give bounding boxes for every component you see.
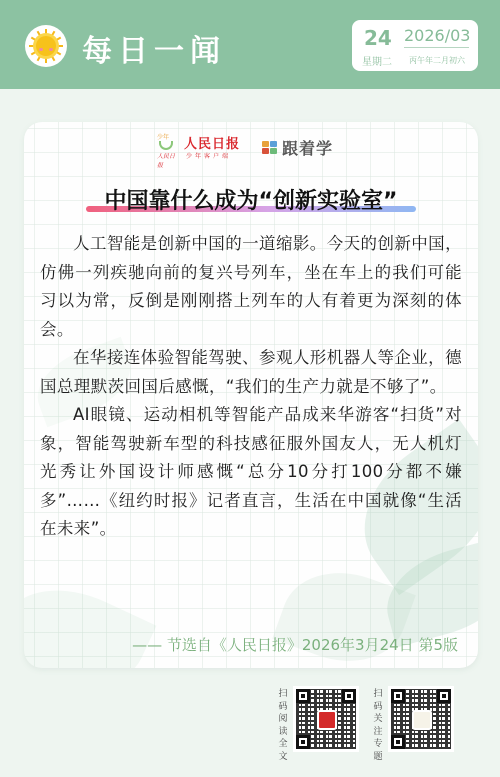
header-bar: 每日一闻 24 星期二 2026/03 丙午年二月初六: [0, 0, 500, 89]
article-title-block: 中国靠什么成为“创新实验室”: [86, 184, 416, 216]
date-weekday: 星期二: [362, 53, 392, 68]
qr-label: 扫码阅读全文: [277, 688, 289, 763]
article-body: 人工智能是创新中国的一道缩影。今天的创新中国，仿佛一列疾驰向前的复兴号列车，坐在…: [40, 230, 462, 544]
article-title: 中国靠什么成为“创新实验室”: [86, 184, 416, 215]
peoples-daily-brand-name: 人民日报: [184, 133, 240, 152]
genzhexue-logo-icon: [262, 141, 278, 155]
peoples-daily-logo-icon: [317, 710, 337, 730]
qr-code[interactable]: [388, 686, 454, 752]
article-paragraph: 人工智能是创新中国的一道缩影。今天的创新中国，仿佛一列疾驰向前的复兴号列车，坐在…: [40, 230, 462, 344]
date-day: 24: [364, 26, 392, 50]
date-badge: 24 星期二 2026/03 丙午年二月初六: [352, 20, 478, 71]
app-title: 每日一闻: [82, 26, 226, 70]
youth-client-logo-icon: [412, 710, 432, 730]
qr-code[interactable]: [293, 686, 359, 752]
peoples-daily-brand-sub: 少年客户端: [186, 151, 231, 160]
article-paragraph: 在华接连体验智能驾驶、参观人形机器人等企业，德国总理默茨回国后感慨，“我们的生产…: [40, 344, 462, 401]
article-paragraph: AI眼镜、运动相机等智能产品成来华游客“扫货”对象，智能驾驶新车型的科技感征服外…: [40, 401, 462, 544]
brand-row: 少年 人民日报 人民日报 少年客户端 跟着学: [24, 132, 478, 162]
date-lunar: 丙午年二月初六: [402, 55, 472, 66]
qr-label: 扫码关注专题: [372, 688, 384, 763]
youth-client-logo-icon: 少年 人民日报: [154, 134, 178, 160]
sun-icon: [25, 25, 67, 67]
genzhexue-brand-name: 跟着学: [282, 136, 333, 159]
article-card: 少年 人民日报 人民日报 少年客户端 跟着学 中国靠什么成为“创新实验室” 人工…: [24, 122, 478, 668]
date-year-month: 2026/03: [404, 26, 469, 48]
source-citation: —— 节选自《人民日报》2026年3月24日 第5版: [132, 634, 458, 655]
